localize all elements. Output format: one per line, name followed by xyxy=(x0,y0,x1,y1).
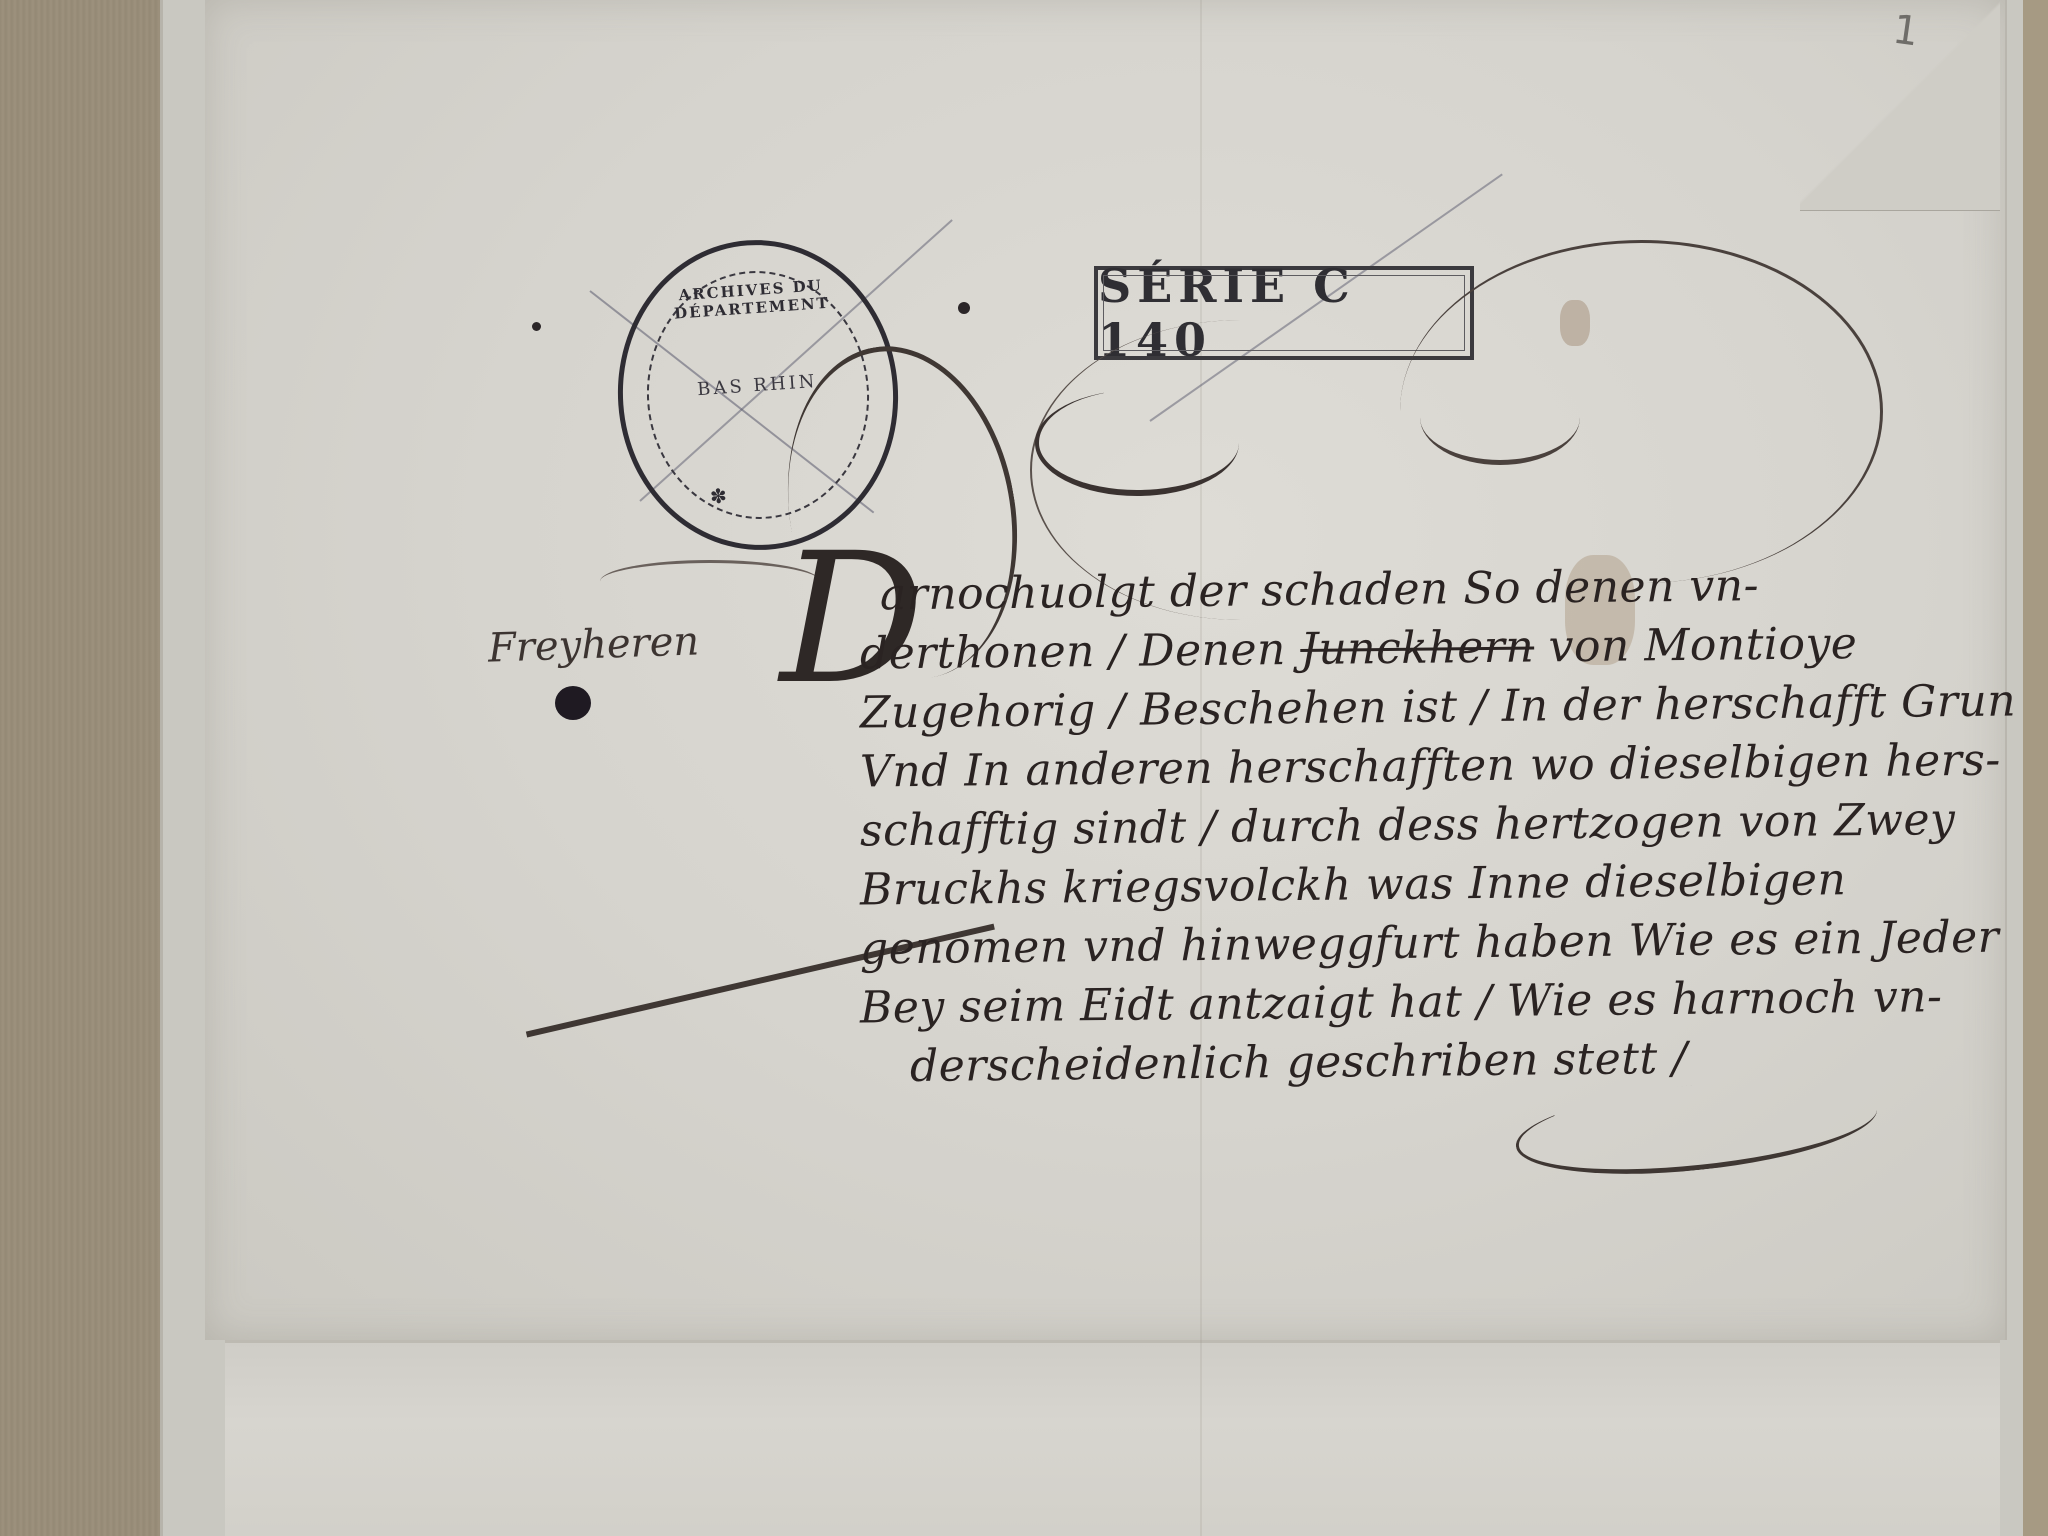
text-line: derthonen / Denen Junckhern von Montioye xyxy=(860,613,1921,683)
text-line: schafftig sindt / durch dess hertzogen v… xyxy=(860,790,1921,860)
manuscript-text: arnochuolgt der schaden So denen vn- der… xyxy=(860,560,1920,1091)
text-line-start: derthonen / Denen xyxy=(860,624,1301,680)
text-line: genomen vnd hinweggfurt haben Wie es ein… xyxy=(860,908,1921,978)
text-line: Vnd In anderen herschafften wo dieselbig… xyxy=(860,731,1921,801)
text-line-end: von Montioye xyxy=(1534,618,1858,672)
struck-word: Junckhern xyxy=(1300,621,1534,674)
paper-bottom-fold xyxy=(225,1340,2000,1536)
ink-dot xyxy=(958,302,970,314)
text-line: Bey seim Eidt antzaigt hat / Wie es harn… xyxy=(860,967,1921,1037)
flourish-swash xyxy=(1035,390,1239,496)
text-line: Zugehorig / Beschehen ist / In der hersc… xyxy=(860,672,1921,742)
ink-dot xyxy=(532,322,541,331)
text-line: derscheidenlich geschriben stett / xyxy=(860,1026,1921,1096)
rosette-icon: ✽ xyxy=(709,483,727,508)
ink-blot xyxy=(555,686,591,720)
flourish-swash xyxy=(1420,370,1580,465)
text-line: arnochuolgt der schaden So denen vn- xyxy=(860,554,1921,624)
text-line: Bruckhs kriegsvolckh was Inne dieselbige… xyxy=(860,849,1921,919)
margin-note: Freyheren xyxy=(487,618,700,671)
